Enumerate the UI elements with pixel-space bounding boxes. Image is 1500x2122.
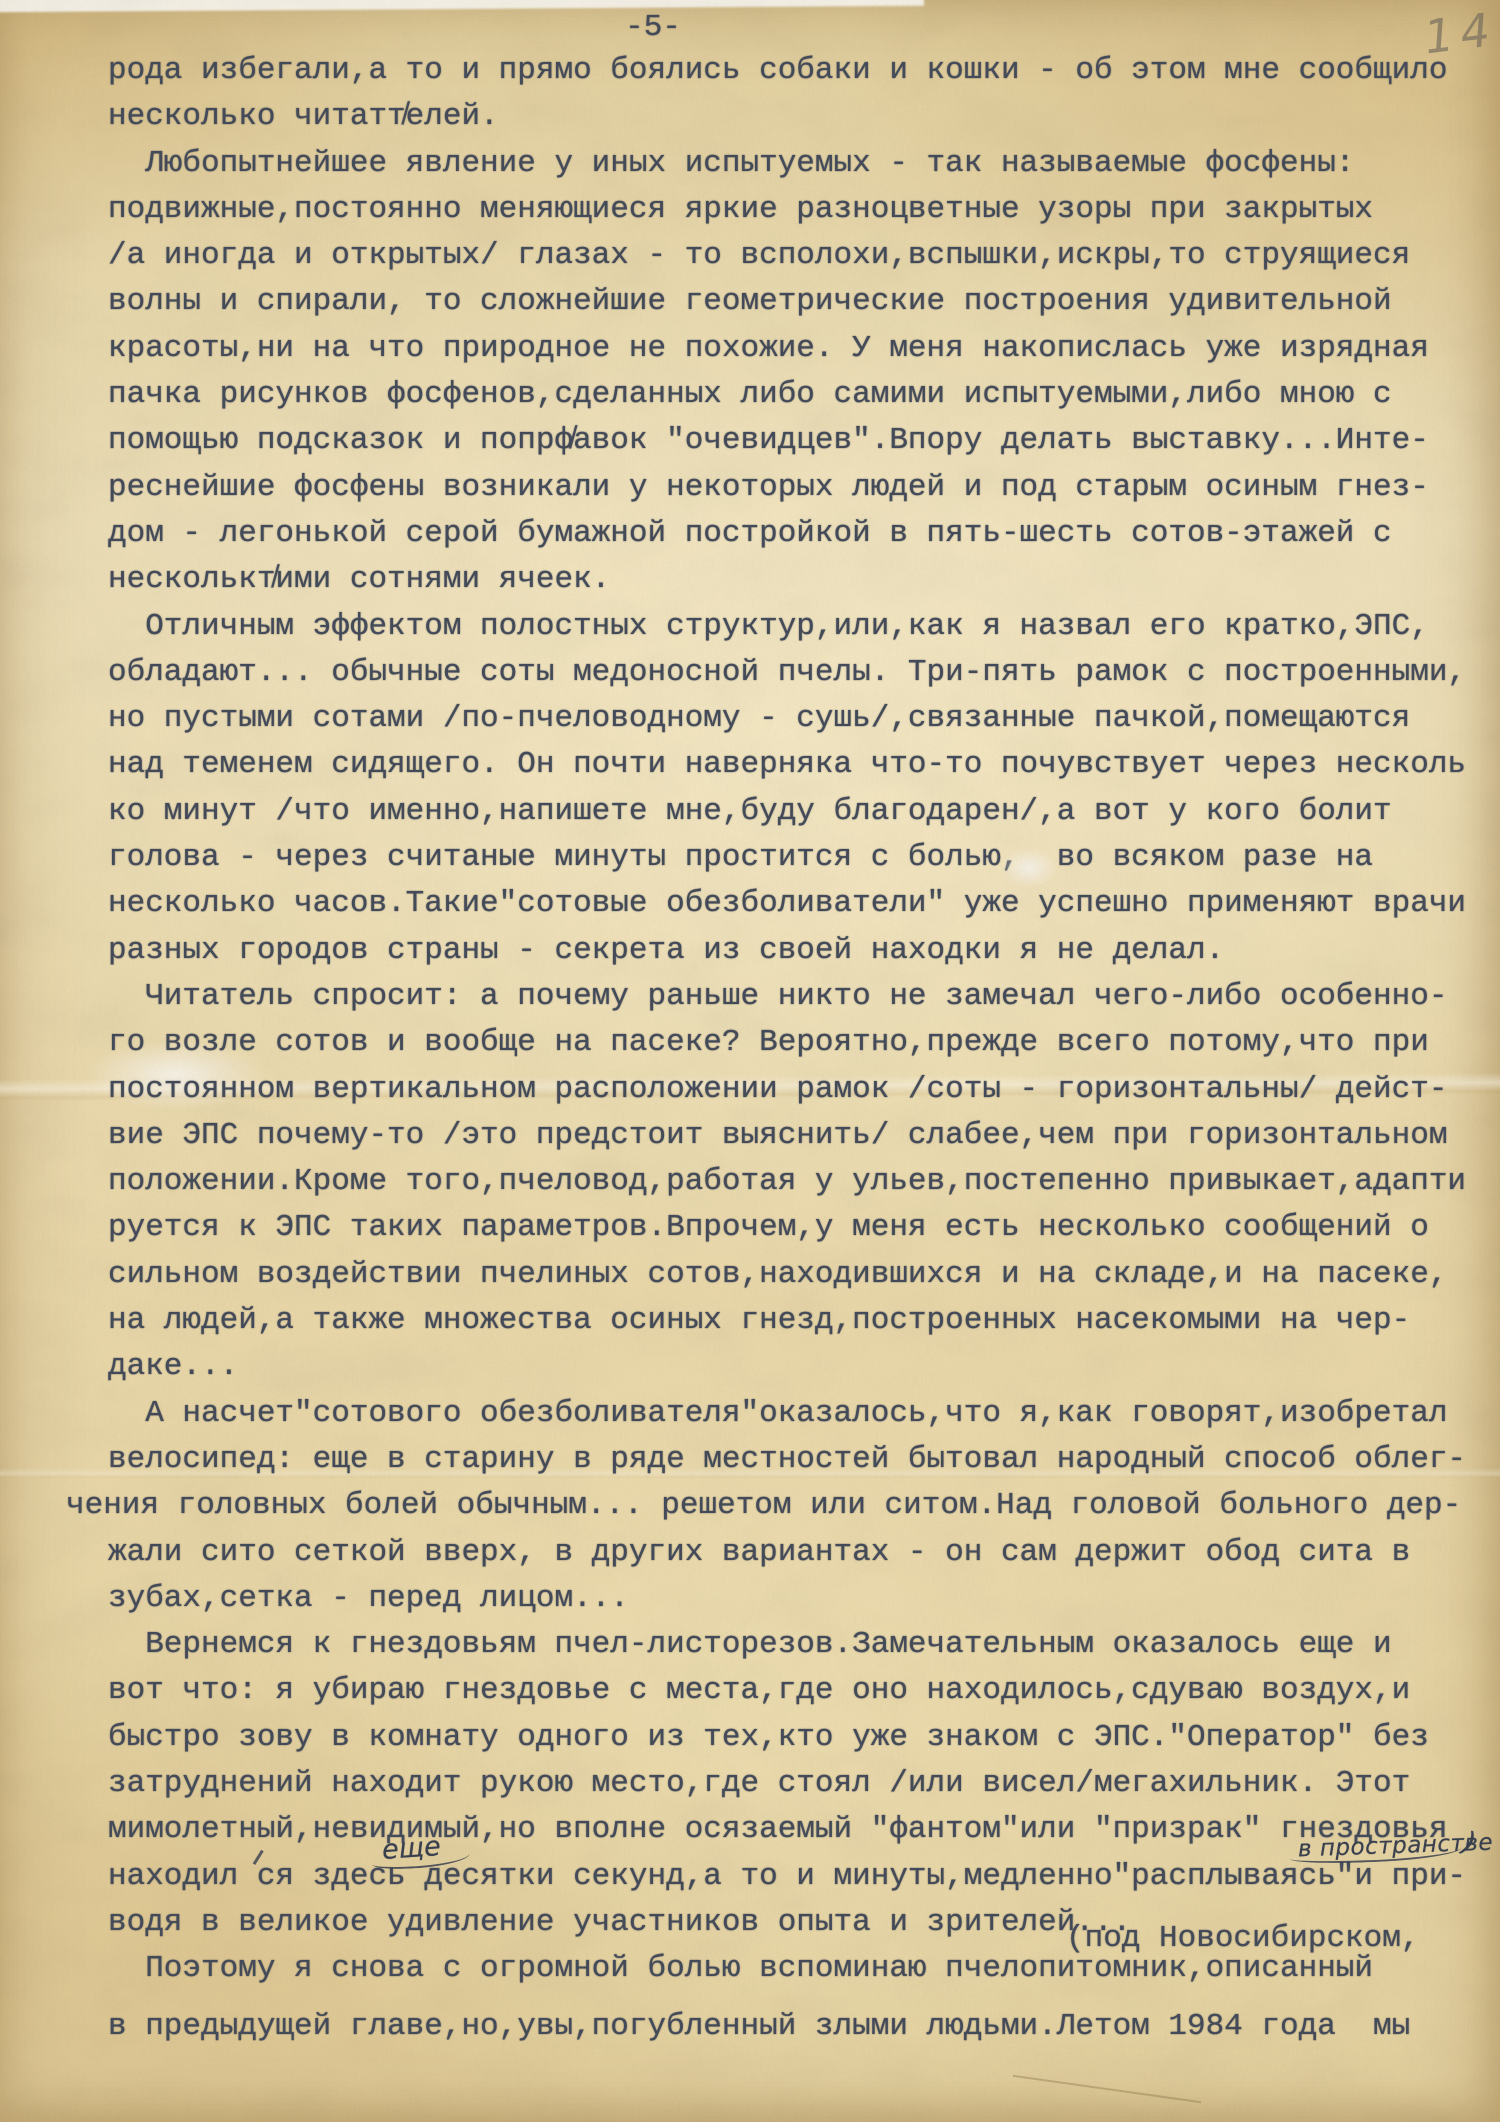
typewritten-line: дом - легонькой серой бумажной постройко… [108,511,1500,557]
typewritten-line: постоянном вертикальном расположении рам… [108,1067,1500,1113]
typewritten-line: несколько часов.Такие"сотовые обезболива… [108,881,1500,927]
typewritten-line: го возле сотов и вообще на пасеке? Вероя… [108,1020,1500,1066]
typewritten-line: обладают... обычные соты медоносной пчел… [108,650,1500,696]
diagonal-crease [1013,2075,1201,2103]
typewritten-line: вот что: я убираю гнездовье с места,где … [108,1668,1500,1714]
typewritten-line: несколько читатт̸елей. [108,94,1500,140]
typewritten-line: велосипед: еще в старину в ряде местност… [108,1437,1500,1483]
paper-sheet: -5- 147 рода избегали,а то и прямо бояли… [0,0,1500,2122]
typewritten-line: руется к ЭПС таких параметров.Впрочем,у … [108,1205,1500,1251]
typewritten-line: в предыдущей главе,но,увы,погубленный зл… [108,2004,1500,2050]
typewritten-line: Читатель спросит: а почему раньше никто … [108,974,1500,1020]
typewritten-line: рода избегали,а то и прямо боялись собак… [108,48,1500,94]
typed-interline-insertion: (под Новосибирском, [1066,1921,1419,1956]
typewritten-line: быстро зову в комнату одного из тех,кто … [108,1715,1500,1761]
typewritten-line: пачка рисунков фосфенов,сделанных либо с… [108,372,1500,418]
scanned-typewritten-page: { "page": { "number_label": "-5-", "penc… [0,0,1500,2122]
typewritten-line: вие ЭПС почему-то /это предстоит выяснит… [108,1113,1500,1159]
typewritten-line: реснейшие фосфены возникали у некоторых … [108,465,1500,511]
typewritten-line: зубах,сетка - перед лицом... [108,1576,1500,1622]
typewritten-text: рода избегали,а то и прямо боялись собак… [108,48,1500,2051]
scan-top-edge [0,0,924,12]
typewritten-line: помощью подсказок и попрф̸авок "очевидце… [108,418,1500,464]
typewritten-line: ко минут /что именно,напишете мне,буду б… [108,789,1500,835]
typewritten-line: Отличным эффектом полостных структур,или… [108,604,1500,650]
typewritten-line: /а иногда и открытых/ глазах - то всполо… [108,233,1500,279]
typewritten-line: А насчет"сотового обезболивателя"оказало… [108,1391,1500,1437]
typewritten-line: Любопытнейшее явление у иных испытуемых … [108,141,1500,187]
whiteout-patch [1000,848,1058,888]
typewritten-line: голова - через считаные минуты простится… [108,835,1500,881]
page-number: -5- [598,10,708,45]
typewritten-line: жали сито сеткой вверх, в других вариант… [108,1530,1500,1576]
typewritten-line: даке... [108,1344,1500,1390]
typewritten-line: мимолетный,невидимый,но вполне осязаемый… [108,1807,1500,1853]
typewritten-line: находил ся здесь десятки секунд,а то и м… [108,1854,1500,1900]
typewritten-line: красоты,ни на что природное не похожие. … [108,326,1500,372]
typewritten-line: затруднений находит рукою место,где стоя… [108,1761,1500,1807]
typewritten-line: несколькт̸ими сотнями ячеек. [108,557,1500,603]
typewritten-line: волны и спирали, то сложнейшие геометрич… [108,279,1500,325]
typewritten-line: над теменем сидящего. Он почти наверняка… [108,742,1500,788]
typewritten-line: но пустыми сотами /по-пчеловодному - суш… [108,696,1500,742]
typewritten-line: Вернемся к гнездовьям пчел-листорезов.За… [108,1622,1500,1668]
typewritten-line: подвижные,постоянно меняющиеся яркие раз… [108,187,1500,233]
typewritten-line: на людей,а также множества осиных гнезд,… [108,1298,1500,1344]
typewritten-line: положении.Кроме того,пчеловод,работая у … [108,1159,1500,1205]
typewritten-line: сильном воздействии пчелиных сотов,наход… [108,1252,1500,1298]
typewritten-line: чения головных болей обычным... решетом … [66,1483,1500,1529]
typewritten-line: разных городов страны - секрета из своей… [108,928,1500,974]
